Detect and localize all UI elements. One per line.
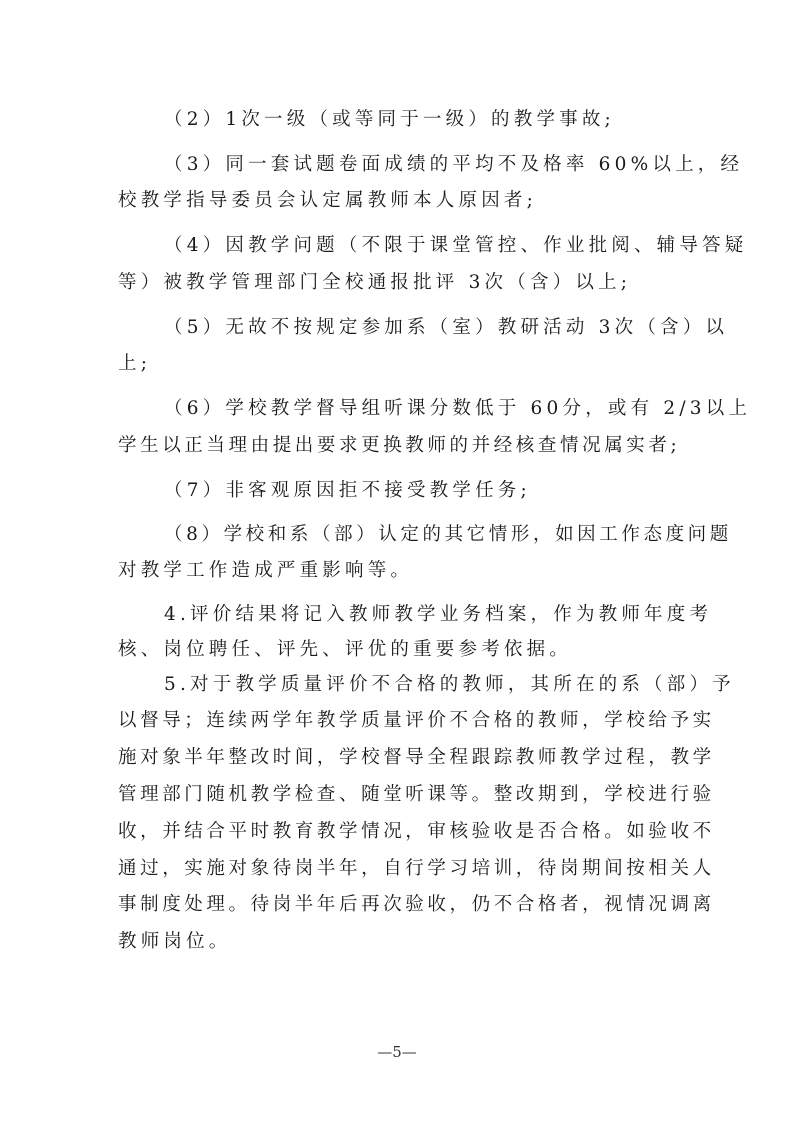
text-line: 事制度处理。待岗半年后再次验收，仍不合格者，视情况调离 (118, 893, 678, 917)
text-line: 对教学工作造成严重影响等。 (118, 559, 678, 583)
text-line: 4.评价结果将记入教师教学业务档案，作为教师年度考 (164, 603, 724, 627)
text-line: （8）学校和系（部）认定的其它情形，如因工作态度问题 (164, 523, 724, 547)
text-line: 管理部门随机教学检查、随堂听课等。整改期到，学校进行验 (118, 783, 678, 807)
document-page: （2）1次一级（或等同于一级）的教学事故; （3）同一套试题卷面成绩的平均不及格… (0, 0, 794, 1123)
text-line: 上; (118, 352, 678, 376)
text-line: 通过，实施对象待岗半年，自行学习培训，待岗期间按相关人 (118, 857, 678, 881)
text-line: 核、岗位聘任、评先、评优的重要参考依据。 (118, 638, 678, 662)
text-line: （3）同一套试题卷面成绩的平均不及格率 60%以上，经 (164, 153, 724, 177)
text-line: 学生以正当理由提出要求更换教师的并经核查情况属实者; (118, 434, 678, 458)
text-line: 等）被教学管理部门全校通报批评 3次（含）以上; (118, 271, 678, 295)
text-line: 以督导；连续两学年教学质量评价不合格的教师，学校给予实 (118, 709, 678, 733)
text-line: 教师岗位。 (118, 930, 678, 954)
text-line: （6）学校教学督导组听课分数低于 60分，或有 2/3以上 (164, 397, 724, 421)
page-number: —5— (0, 1043, 794, 1061)
text-line: 施对象半年整改时间，学校督导全程跟踪教师教学过程，教学 (118, 746, 678, 770)
text-line: （7）非客观原因拒不接受教学任务; (164, 479, 724, 503)
text-line: （4）因教学问题（不限于课堂管控、作业批阅、辅导答疑 (164, 234, 724, 258)
text-line: 校教学指导委员会认定属教师本人原因者; (118, 189, 678, 213)
text-line: （2）1次一级（或等同于一级）的教学事故; (164, 108, 724, 132)
text-line: 收，并结合平时教育教学情况，审核验收是否合格。如验收不 (118, 820, 678, 844)
text-line: （5）无故不按规定参加系（室）教研活动 3次（含）以 (164, 316, 724, 340)
text-line: 5.对于教学质量评价不合格的教师，其所在的系（部）予 (164, 673, 724, 697)
